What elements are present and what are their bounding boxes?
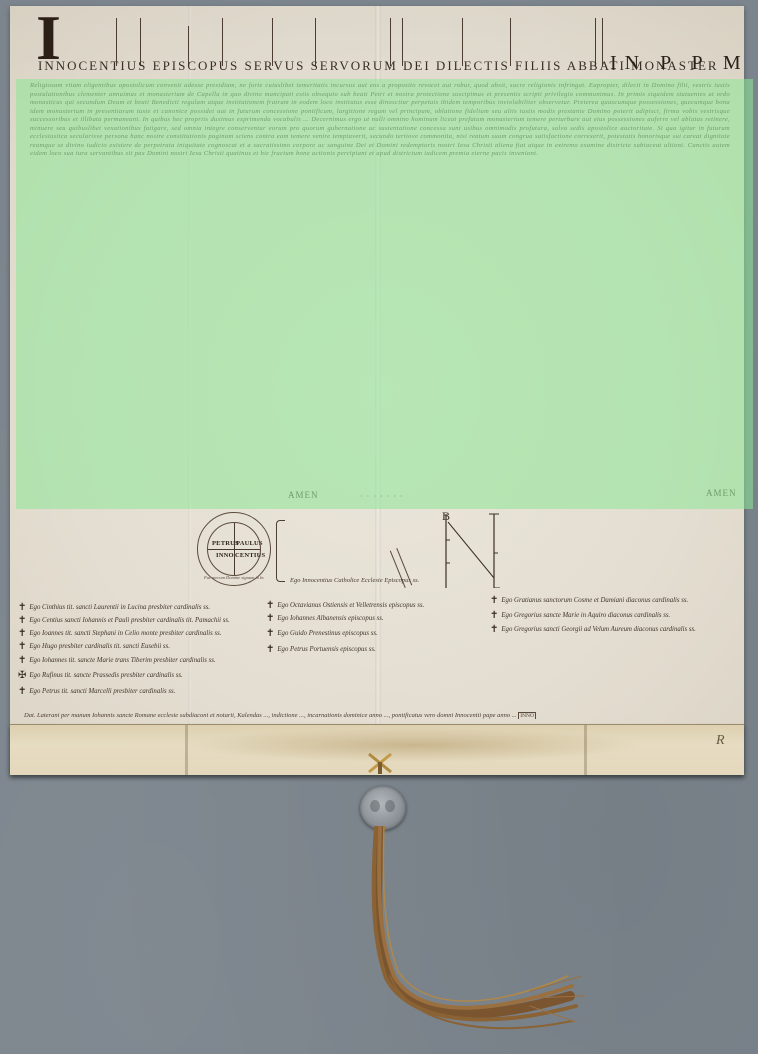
subscription-bracket [276,520,285,582]
bishop-subscription: ✝Ego Octavianus Ostiensis et Velletrensi… [266,600,424,611]
silk-cord-knot [365,752,395,774]
rota-cross-vertical [234,523,235,575]
rota-quadrant: INNO [216,552,234,559]
seal-head-paul [385,800,395,812]
cross-icon: ✝ [18,602,26,613]
bishop-subscription: ✝Ego Iohannes Albanensis episcopus ss. [266,613,384,624]
rota-quadrant: CENTIUS [235,552,265,559]
in-perpetuum-monogram: IN P P M [610,52,749,75]
body-text-highlight-region[interactable] [16,79,753,509]
cross-icon: ✝ [490,610,498,621]
rota-inner-circle: PETRUS PAULUS INNO CENTIUS [207,522,261,576]
cardinal-subscription: ✝Ego Ioannes tit. sancti Stephani in Cel… [18,628,221,639]
cardinal-subscription: ✠Ego Rufinus tit. sancte Prassedis presb… [18,670,183,681]
cardinal-subscription: ✝Ego Centius sancti Iohannis et Pauli pr… [18,615,230,626]
cross-icon: ✝ [490,624,498,635]
plica-registry-mark: R [716,733,725,749]
cross-icon: ✝ [266,600,274,611]
plica-crease [584,725,587,775]
cross-icon: ✝ [266,613,274,624]
cross-icon: ✝ [266,644,274,655]
bishop-subscription: ✝Ego Guido Prenestinus episcopus ss. [266,628,378,639]
cross-icon: ✝ [18,655,26,666]
cardinal-subscription: ✝Ego Iohannes tit. sancte Marie trans Ti… [18,655,216,666]
lead-bulla-seal[interactable] [360,786,406,830]
cross-icon: ✝ [18,628,26,639]
bishop-subscription: ✝Ego Petrus Portuensis episcopus ss. [266,644,376,655]
rota-quadrant: PETRUS [212,540,239,547]
rota-quadrant: PAULUS [236,540,263,547]
cardinal-subscription: ✝Ego Hugo presbiter cardinalis tit. sanc… [18,641,170,652]
datum-line: Dat. Laterani per manum Iohannis sancte … [24,712,734,719]
cross-icon: ✝ [266,628,274,639]
silk-cord-tassel [300,826,600,1054]
rota-motto: Fac mecum Domine signum in bonum [204,575,264,580]
plica-crease [185,725,188,775]
cross-icon: ✝ [490,595,498,606]
cross-icon: ✝ [18,686,26,697]
cross-icon: ✝ [18,641,26,652]
svg-text:B: B [442,509,450,523]
boxed-word: INNO [518,712,536,719]
deacon-subscription: ✝Ego Gregorius sancti Georgii ad Velum A… [490,624,696,635]
deacon-subscription: ✝Ego Gregorius sancte Marie in Aquiro di… [490,610,670,621]
seal-head-peter [370,800,380,812]
bene-valete-monogram: B [440,508,500,588]
cardinal-subscription: ✝Ego Cinthius tit. sancti Laurentii in L… [18,602,210,613]
papal-rota: PETRUS PAULUS INNO CENTIUS Fac mecum Dom… [197,512,271,586]
cross-icon: ✠ [18,670,26,681]
cross-icon: ✝ [18,615,26,626]
cardinal-subscription: ✝Ego Petrus tit. sancti Marcelli presbit… [18,686,175,697]
datum-text: Dat. Laterani per manum Iohannis sancte … [24,712,517,719]
deacon-subscription: ✝Ego Gratianus sanctorum Cosme et Damian… [490,595,688,606]
